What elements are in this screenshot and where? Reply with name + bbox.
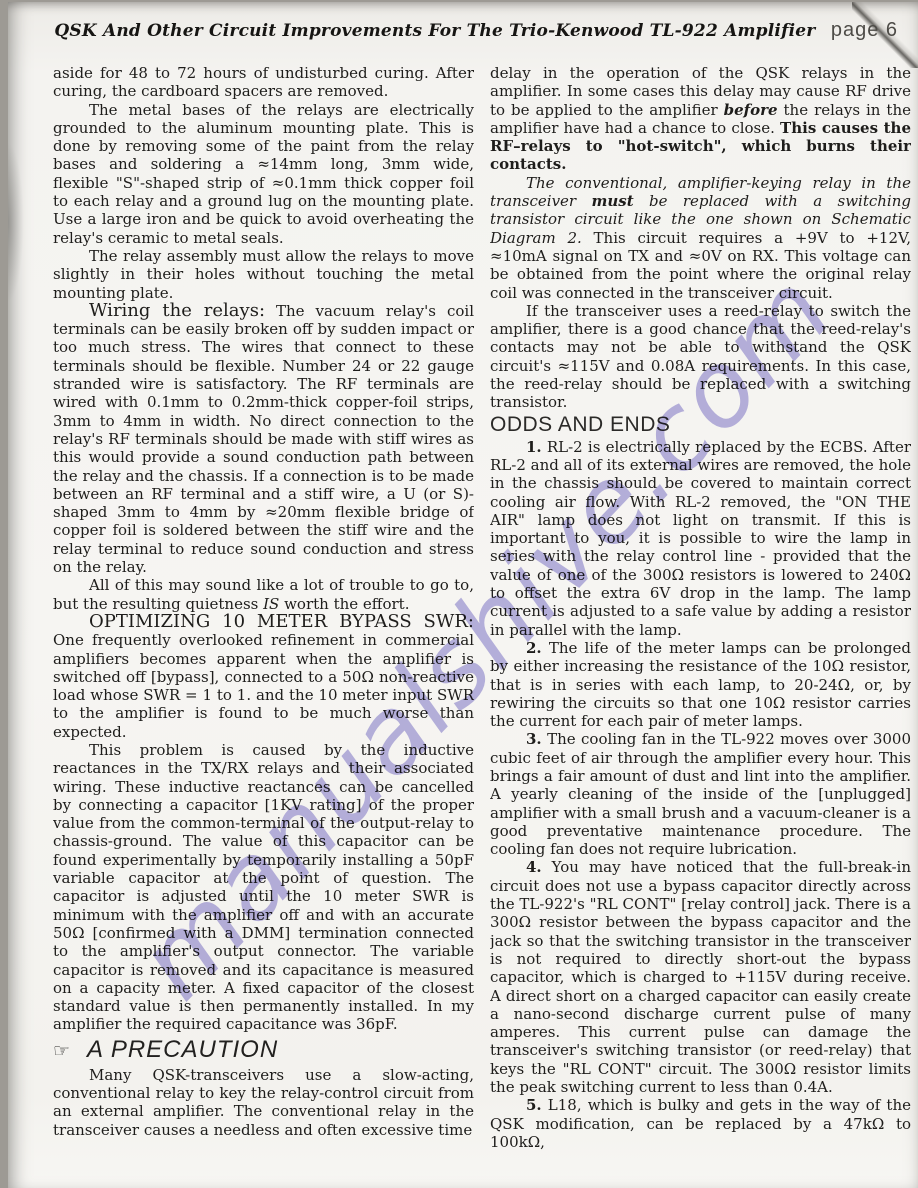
text-segment: If the transceiver uses a reed-relay to … (490, 302, 911, 411)
paragraph: Many QSK-transceivers use a slow-acting,… (53, 1066, 474, 1139)
text-segment: Wiring the relays: (89, 300, 265, 321)
text-segment: The vacuum relay's coil terminals can be… (53, 302, 474, 576)
paragraph: If the transceiver uses a reed-relay to … (490, 302, 911, 412)
text-segment: The cooling fan in the TL-922 moves over… (490, 730, 911, 858)
paragraph: 5. L18, which is bulky and gets in the w… (490, 1096, 911, 1151)
text-segment: One frequently overlooked refinement in … (53, 631, 474, 740)
paragraph: The relay assembly must allow the relays… (53, 247, 474, 302)
two-column-text: aside for 48 to 72 hours of undisturbed … (53, 64, 911, 1186)
text-segment: IS (263, 595, 279, 613)
right-column: delay in the operation of the QSK relays… (490, 64, 911, 1186)
paragraph: OPTIMIZING 10 METER BYPASS SWR: One freq… (53, 613, 474, 741)
scan-edge-smudge (8, 142, 24, 302)
text-segment: 1. (526, 438, 542, 456)
paragraph: delay in the operation of the QSK relays… (490, 64, 911, 174)
text-segment: 4. (526, 858, 542, 876)
text-segment: L18, which is bulky and gets in the way … (490, 1096, 911, 1151)
paragraph: The metal bases of the relays are electr… (53, 101, 474, 247)
text-segment: RL-2 is electrically replaced by the ECB… (490, 438, 911, 639)
paragraph: This problem is caused by the inductive … (53, 741, 474, 1034)
paragraph: Wiring the relays: The vacuum relay's co… (53, 302, 474, 576)
text-segment: 5. (526, 1096, 542, 1114)
text-segment: aside for 48 to 72 hours of undisturbed … (53, 64, 474, 100)
left-column: aside for 48 to 72 hours of undisturbed … (53, 64, 474, 1186)
page-number: page 6 (831, 18, 898, 42)
pointing-hand-icon: ☞ (53, 1040, 71, 1062)
text-segment: Many QSK-transceivers use a slow-acting,… (53, 1066, 474, 1139)
text-segment: You may have noticed that the full-break… (490, 858, 911, 1096)
text-segment: The life of the meter lamps can be prolo… (490, 639, 911, 730)
text-segment: must (591, 192, 633, 210)
text-segment: 2. (526, 639, 542, 657)
paragraph: 3. The cooling fan in the TL-922 moves o… (490, 730, 911, 858)
text-segment: worth the effort. (279, 595, 409, 613)
text-segment: OPTIMIZING 10 METER BYPASS SWR: (89, 611, 474, 632)
document-title: QSK And Other Circuit Improvements For T… (53, 19, 817, 43)
scanned-page: QSK And Other Circuit Improvements For T… (8, 2, 918, 1188)
paragraph: All of this may sound like a lot of trou… (53, 576, 474, 613)
page-header: QSK And Other Circuit Improvements For T… (53, 18, 898, 43)
paragraph: aside for 48 to 72 hours of undisturbed … (53, 64, 474, 101)
paragraph: The conventional, amplifier-keying relay… (490, 174, 911, 302)
precaution-heading: ☞A PRECAUTION (53, 1037, 474, 1064)
paragraph: 1. RL-2 is electrically replaced by the … (490, 438, 911, 639)
text-segment: A PRECAUTION (87, 1036, 278, 1063)
section-heading: ODDS AND ENDS (490, 413, 911, 437)
text-segment: ODDS AND ENDS (490, 413, 670, 436)
text-segment: The metal bases of the relays are electr… (53, 101, 474, 247)
text-segment: before (724, 101, 778, 119)
paragraph: 4. You may have noticed that the full-br… (490, 858, 911, 1096)
paragraph: 2. The life of the meter lamps can be pr… (490, 639, 911, 730)
text-segment: This problem is caused by the inductive … (53, 741, 474, 1033)
text-segment: The relay assembly must allow the relays… (53, 247, 474, 302)
text-segment: 3. (526, 730, 542, 748)
